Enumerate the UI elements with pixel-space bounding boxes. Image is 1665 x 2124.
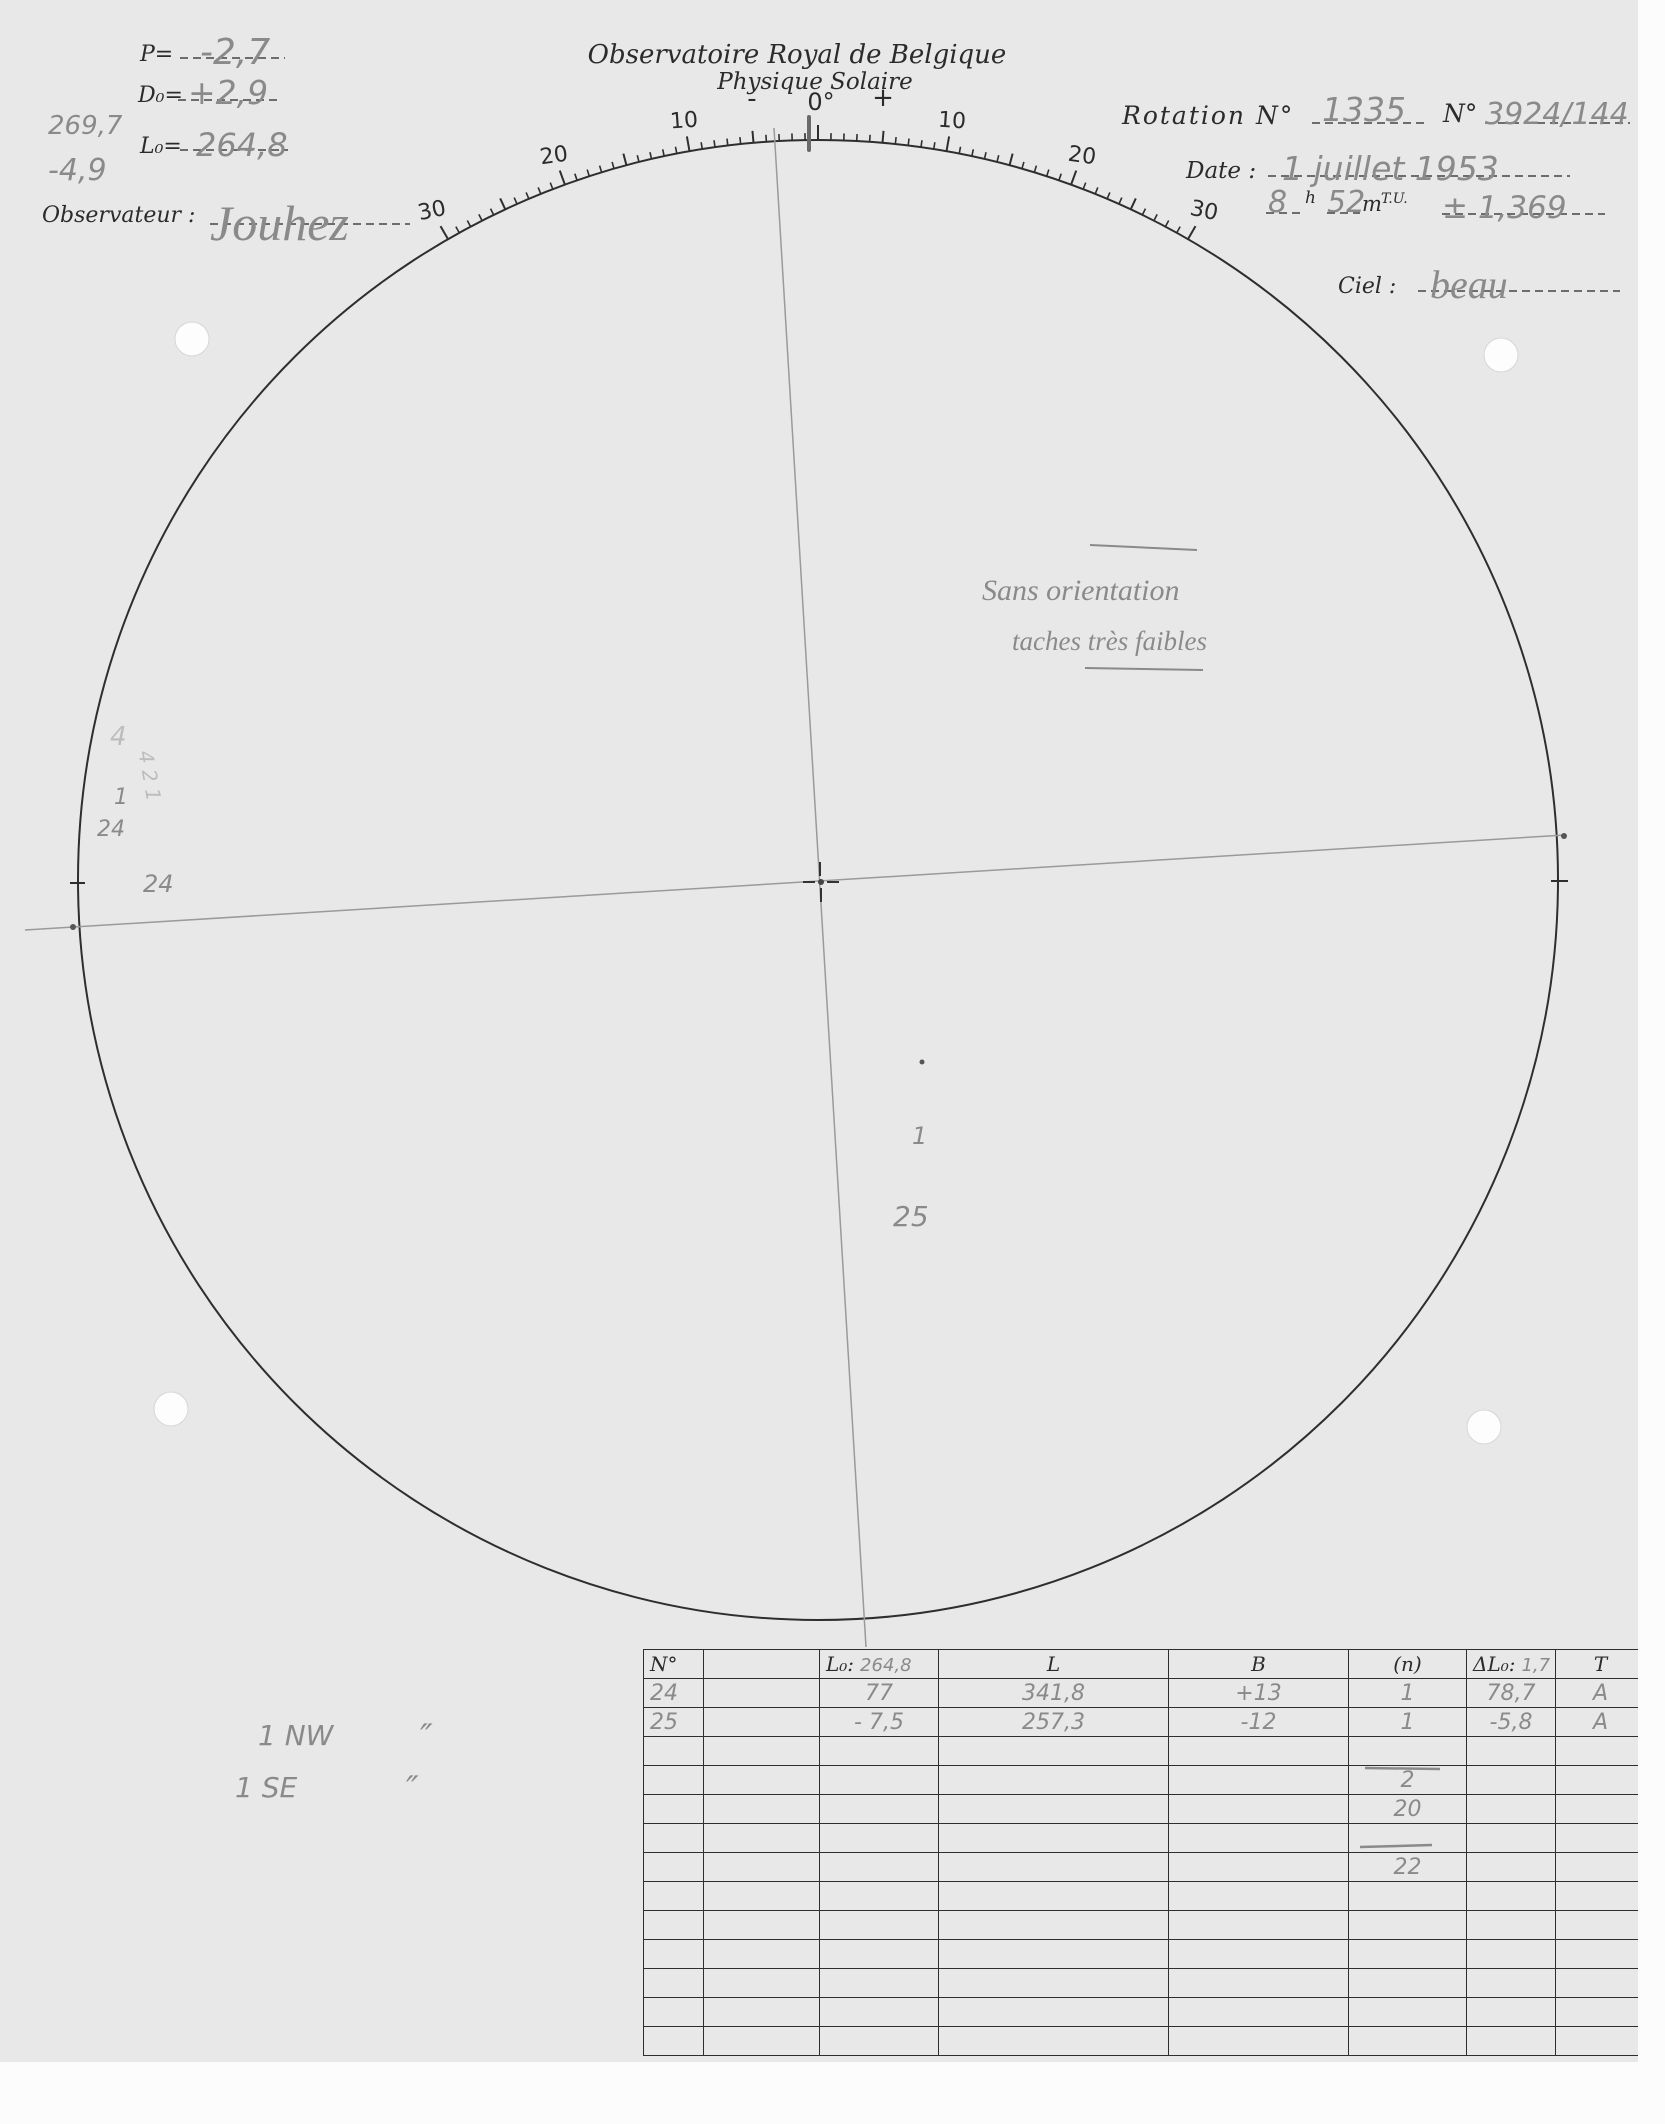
- p-value: -2,7: [200, 32, 270, 73]
- table-cell-count: 1: [1349, 1708, 1467, 1737]
- scale-tick: [675, 147, 676, 154]
- table-cell-l0-offset: [820, 1882, 939, 1911]
- scale-tick: [1095, 187, 1098, 193]
- table-cell-l0-offset: [820, 1911, 939, 1940]
- d0-value: +2,9: [188, 73, 268, 112]
- table-cell-blank: [704, 1737, 820, 1766]
- table-cell-l0-offset: [820, 1766, 939, 1795]
- scale-tick: [1177, 227, 1180, 233]
- scale-label: 10: [937, 108, 967, 135]
- rotation-label: Rotation N°: [1121, 101, 1294, 130]
- table-row: 2477341,8+13178,7A: [644, 1679, 1639, 1708]
- l0-value: 264,8: [196, 126, 288, 164]
- l0-label: L₀=: [139, 134, 182, 159]
- scale-tick: [752, 131, 753, 143]
- pencil-axis-dot-right: [1561, 833, 1567, 839]
- table-row: [644, 1940, 1639, 1969]
- table-cell-latitude: [1169, 1998, 1349, 2027]
- scale-tick: [637, 155, 639, 162]
- scale-tick: [538, 187, 541, 193]
- table-cell-count: 2: [1349, 1766, 1467, 1795]
- scale-tick: [1034, 166, 1036, 173]
- table-cell-number: 25: [644, 1708, 704, 1737]
- scale-tick: [1119, 198, 1122, 204]
- col-header-longitude: L: [939, 1650, 1169, 1679]
- table-cell-l0-offset: [820, 1824, 939, 1853]
- table-cell-number: [644, 1824, 704, 1853]
- scale-tick: [575, 174, 577, 181]
- center-spot-count: 1: [912, 1122, 927, 1150]
- table-cell-delta-l0: [1467, 1940, 1556, 1969]
- scale-tick: [959, 147, 960, 154]
- scale-tick: [623, 154, 626, 166]
- note-line-2: taches très faibles: [1012, 626, 1207, 656]
- scale-tick: [1071, 171, 1076, 185]
- table-row: [644, 1824, 1639, 1853]
- solar-disk-outline: [78, 140, 1558, 1620]
- table-cell-latitude: +13: [1169, 1679, 1349, 1708]
- table-cell-l0-offset: [820, 1737, 939, 1766]
- bottom-note-1: 1 NW: [258, 1719, 335, 1752]
- scale-tick: [600, 166, 602, 173]
- scale-tick: [479, 214, 482, 220]
- scale-tick: [1142, 209, 1145, 215]
- scale-zero-label: 0°: [807, 88, 834, 116]
- scale-tick: [1022, 162, 1024, 169]
- col-header-blank: [704, 1650, 820, 1679]
- number-label: N°: [1442, 99, 1477, 128]
- table-cell-type: A: [1556, 1679, 1639, 1708]
- table-cell-longitude: [939, 1882, 1169, 1911]
- note-line-bottom: [1085, 668, 1203, 670]
- scale-tick: [491, 209, 494, 215]
- bottom-note-2-ditto: ″: [406, 1769, 419, 1809]
- table-cell-longitude: [939, 1969, 1169, 1998]
- number-value: 3924/144: [1485, 97, 1629, 132]
- table-cell-l0-offset: [820, 1969, 939, 1998]
- scale-tick: [550, 183, 553, 190]
- scale-tick: [1107, 192, 1110, 198]
- table-cell-delta-l0: [1467, 1853, 1556, 1882]
- d0-label: D₀=: [137, 83, 183, 108]
- table-cell-type: [1556, 1882, 1639, 1911]
- scale-label: 30: [1188, 196, 1221, 226]
- sky-label: Ciel :: [1338, 274, 1396, 299]
- scale-tick: [500, 198, 505, 209]
- table-cell-l0-offset: [820, 2027, 939, 2056]
- table-cell-blank: [704, 1824, 820, 1853]
- observer-label: Observateur :: [42, 203, 195, 228]
- table-cell-blank: [704, 2027, 820, 2056]
- table-cell-longitude: [939, 1853, 1169, 1882]
- table-row: [644, 1882, 1639, 1911]
- table-row: 2: [644, 1766, 1639, 1795]
- table-cell-number: [644, 1940, 704, 1969]
- punch-hole: [1467, 1410, 1501, 1444]
- table-cell-number: [644, 1998, 704, 2027]
- scale-plus-sign: +: [872, 83, 894, 113]
- col-header-l0-value: 264,8: [860, 1655, 912, 1676]
- date-label: Date :: [1185, 158, 1256, 184]
- col-header-delta-l0: ΔL₀:1,7: [1467, 1650, 1556, 1679]
- table-cell-count: [1349, 1911, 1467, 1940]
- scale-tick: [526, 192, 529, 198]
- table-cell-latitude: [1169, 1824, 1349, 1853]
- table-cell-blank: [704, 1708, 820, 1737]
- table-cell-latitude: [1169, 1940, 1349, 1969]
- faint-erased-note: 4: [110, 722, 127, 752]
- scale-tick: [946, 136, 949, 151]
- table-header-row: N° L₀:264,8 L B (n) ΔL₀:1,7 T: [644, 1650, 1639, 1679]
- table-cell-latitude: -12: [1169, 1708, 1349, 1737]
- table-cell-count: 1: [1349, 1679, 1467, 1708]
- scale-tick: [972, 149, 973, 156]
- observation-table-grid: N° L₀:264,8 L B (n) ΔL₀:1,7 T 2477341,8+…: [643, 1649, 1638, 2056]
- scale-label: 20: [1066, 142, 1097, 171]
- table-cell-delta-l0: [1467, 1998, 1556, 2027]
- table-cell-type: [1556, 1737, 1639, 1766]
- table-cell-latitude: [1169, 1766, 1349, 1795]
- date-value: 1 juillet 1953: [1282, 149, 1499, 188]
- scale-tick: [1083, 183, 1086, 190]
- scale-tick: [997, 155, 999, 162]
- table-cell-delta-l0: -5,8: [1467, 1708, 1556, 1737]
- table-cell-type: [1556, 1795, 1639, 1824]
- table-cell-count: [1349, 1737, 1467, 1766]
- time-minutes: 52: [1327, 185, 1365, 220]
- scale-tick: [560, 171, 565, 185]
- col-header-delta-l0-value: 1,7: [1521, 1655, 1550, 1676]
- scale-tick: [895, 137, 896, 144]
- table-cell-delta-l0: [1467, 1766, 1556, 1795]
- col-header-number: N°: [644, 1650, 704, 1679]
- scale-tick: [663, 149, 664, 156]
- table-cell-delta-l0: 78,7: [1467, 1679, 1556, 1708]
- table-cell-longitude: [939, 2027, 1169, 2056]
- table-cell-delta-l0: [1467, 2027, 1556, 2056]
- table-cell-type: [1556, 1911, 1639, 1940]
- table-cell-delta-l0: [1467, 1911, 1556, 1940]
- margin-note-1: 269,7: [48, 111, 123, 141]
- table-cell-longitude: 257,3: [939, 1708, 1169, 1737]
- table-cell-number: 24: [644, 1679, 704, 1708]
- table-row: 22: [644, 1853, 1639, 1882]
- scale-tick: [456, 227, 459, 233]
- left-spot-count: 1: [114, 785, 128, 810]
- table-cell-blank: [704, 1969, 820, 1998]
- table-cell-l0-offset: [820, 1853, 939, 1882]
- scale-tick: [587, 170, 589, 177]
- col-header-delta-l0-label: ΔL₀:: [1473, 1652, 1515, 1676]
- table-cell-count: 22: [1349, 1853, 1467, 1882]
- table-cell-type: [1556, 1969, 1639, 1998]
- table-row: [644, 1911, 1639, 1940]
- observer-signature: Jouhez: [210, 195, 349, 251]
- table-cell-blank: [704, 1940, 820, 1969]
- table-cell-count: [1349, 1824, 1467, 1853]
- sky-value: beau: [1430, 262, 1508, 307]
- time-scale: T.U.: [1381, 191, 1408, 207]
- table-cell-type: A: [1556, 1708, 1639, 1737]
- scale-tick: [441, 226, 449, 239]
- table-cell-number: [644, 1882, 704, 1911]
- scale-label: 30: [416, 196, 449, 226]
- table-cell-count: [1349, 1882, 1467, 1911]
- note-line-top: [1090, 545, 1197, 550]
- center-dot: [818, 879, 824, 885]
- table-row: 20: [644, 1795, 1639, 1824]
- table-cell-delta-l0: [1467, 1969, 1556, 1998]
- time-m-unit: m: [1362, 192, 1382, 216]
- table-cell-type: [1556, 2027, 1639, 2056]
- col-header-l0-label: L₀:: [826, 1652, 854, 1676]
- bottom-note-1-ditto: ″: [420, 1717, 433, 1757]
- scale-tick: [1131, 198, 1136, 209]
- table-cell-latitude: [1169, 1911, 1349, 1940]
- pencil-axis-dot-left: [70, 924, 76, 930]
- scale-tick: [1059, 174, 1061, 181]
- table-cell-blank: [704, 1853, 820, 1882]
- table-cell-delta-l0: [1467, 1882, 1556, 1911]
- observation-table: N° L₀:264,8 L B (n) ΔL₀:1,7 T 2477341,8+…: [643, 1649, 1638, 2062]
- table-cell-number: [644, 1737, 704, 1766]
- table-cell-l0-offset: 77: [820, 1679, 939, 1708]
- pencil-vertical-axis: [774, 128, 866, 1647]
- center-group-number: 25: [893, 1200, 929, 1233]
- bottom-note-2: 1 SE: [235, 1771, 297, 1804]
- table-cell-number: [644, 1853, 704, 1882]
- table-cell-delta-l0: [1467, 1737, 1556, 1766]
- scale-tick: [1165, 220, 1168, 226]
- table-row: [644, 1969, 1639, 1998]
- table-cell-type: [1556, 1853, 1639, 1882]
- scale-tick: [882, 131, 883, 143]
- table-cell-count: [1349, 1998, 1467, 2027]
- col-header-latitude: B: [1169, 1650, 1349, 1679]
- table-cell-type: [1556, 1940, 1639, 1969]
- left-spot-group: 24: [97, 817, 125, 842]
- rotation-value: 1335: [1322, 90, 1406, 129]
- scale-tick: [514, 198, 517, 204]
- time-h-unit: h: [1305, 188, 1316, 208]
- table-cell-type: [1556, 1824, 1639, 1853]
- table-cell-latitude: [1169, 2027, 1349, 2056]
- table-cell-type: [1556, 1998, 1639, 2027]
- col-header-type: T: [1556, 1650, 1639, 1679]
- note-line-1: Sans orientation: [982, 574, 1180, 607]
- table-cell-latitude: [1169, 1882, 1349, 1911]
- scale-tick: [701, 142, 702, 149]
- table-cell-count: [1349, 2027, 1467, 2056]
- margin-note-2: -4,9: [48, 153, 107, 188]
- col-header-l0: L₀:264,8: [820, 1650, 939, 1679]
- scale-label: 20: [538, 142, 569, 171]
- table-cell-longitude: [939, 1998, 1169, 2027]
- table-cell-number: [644, 1795, 704, 1824]
- scale-tick: [727, 139, 728, 146]
- table-cell-l0-offset: [820, 1795, 939, 1824]
- table-cell-longitude: [939, 1940, 1169, 1969]
- table-cell-longitude: 341,8: [939, 1679, 1169, 1708]
- scale-tick: [1010, 154, 1013, 166]
- time-extra: ± 1,369: [1442, 190, 1567, 226]
- table-cell-longitude: [939, 1795, 1169, 1824]
- page-title: Observatoire Royal de Belgique: [588, 40, 1007, 70]
- table-cell-blank: [704, 1766, 820, 1795]
- table-cell-number: [644, 2027, 704, 2056]
- scale-tick: [1188, 226, 1196, 239]
- scale-tick: [921, 140, 922, 147]
- left-group-number: 24: [143, 870, 174, 898]
- table-cell-longitude: [939, 1737, 1169, 1766]
- table-cell-longitude: [939, 1911, 1169, 1940]
- table-cell-longitude: [939, 1766, 1169, 1795]
- sunspot-dot: [920, 1060, 925, 1065]
- table-cell-blank: [704, 1679, 820, 1708]
- table-cell-l0-offset: [820, 1998, 939, 2027]
- table-row: 25- 7,5257,3-121-5,8A: [644, 1708, 1639, 1737]
- pencil-horizontal-axis: [25, 835, 1565, 930]
- table-cell-latitude: [1169, 1737, 1349, 1766]
- scale-tick: [1154, 214, 1157, 220]
- table-cell-latitude: [1169, 1969, 1349, 1998]
- table-cell-delta-l0: [1467, 1824, 1556, 1853]
- table-row: [644, 1998, 1639, 2027]
- table-cell-blank: [704, 1795, 820, 1824]
- table-cell-longitude: [939, 1824, 1169, 1853]
- scale-minus-sign: -: [747, 84, 756, 114]
- col-header-count: (n): [1349, 1650, 1467, 1679]
- table-cell-blank: [704, 1882, 820, 1911]
- scale-tick: [687, 136, 690, 151]
- table-cell-l0-offset: - 7,5: [820, 1708, 939, 1737]
- table-cell-delta-l0: [1467, 1795, 1556, 1824]
- table-cell-number: [644, 1766, 704, 1795]
- table-cell-type: [1556, 1766, 1639, 1795]
- punch-hole: [154, 1392, 188, 1426]
- scale-tick: [714, 140, 715, 147]
- p-label: P=: [139, 42, 173, 67]
- scale-tick: [934, 142, 935, 149]
- scale-tick: [612, 162, 614, 169]
- table-cell-blank: [704, 1911, 820, 1940]
- scale-tick: [467, 220, 470, 226]
- time-hours: 8: [1268, 185, 1287, 220]
- table-cell-count: [1349, 1969, 1467, 1998]
- punch-hole: [1484, 338, 1518, 372]
- scale-tick: [908, 139, 909, 146]
- table-cell-l0-offset: [820, 1940, 939, 1969]
- table-cell-blank: [704, 1998, 820, 2027]
- table-cell-latitude: [1169, 1853, 1349, 1882]
- table-cell-count: [1349, 1940, 1467, 1969]
- table-cell-count: 20: [1349, 1795, 1467, 1824]
- table-row: [644, 1737, 1639, 1766]
- scale-tick: [984, 152, 986, 159]
- punch-hole: [175, 322, 209, 356]
- table-cell-number: [644, 1969, 704, 1998]
- table-body: 2477341,8+13178,7A25- 7,5257,3-121-5,8A2…: [644, 1679, 1639, 2056]
- table-row: [644, 2027, 1639, 2056]
- scale-label: 10: [669, 108, 699, 135]
- faint-erased-note: 4 2 1: [133, 749, 165, 803]
- degree-scale-ticks: [441, 125, 1196, 239]
- scale-tick: [740, 137, 741, 144]
- scale-tick: [1047, 170, 1049, 177]
- scale-tick: [650, 152, 652, 159]
- table-cell-latitude: [1169, 1795, 1349, 1824]
- table-cell-number: [644, 1911, 704, 1940]
